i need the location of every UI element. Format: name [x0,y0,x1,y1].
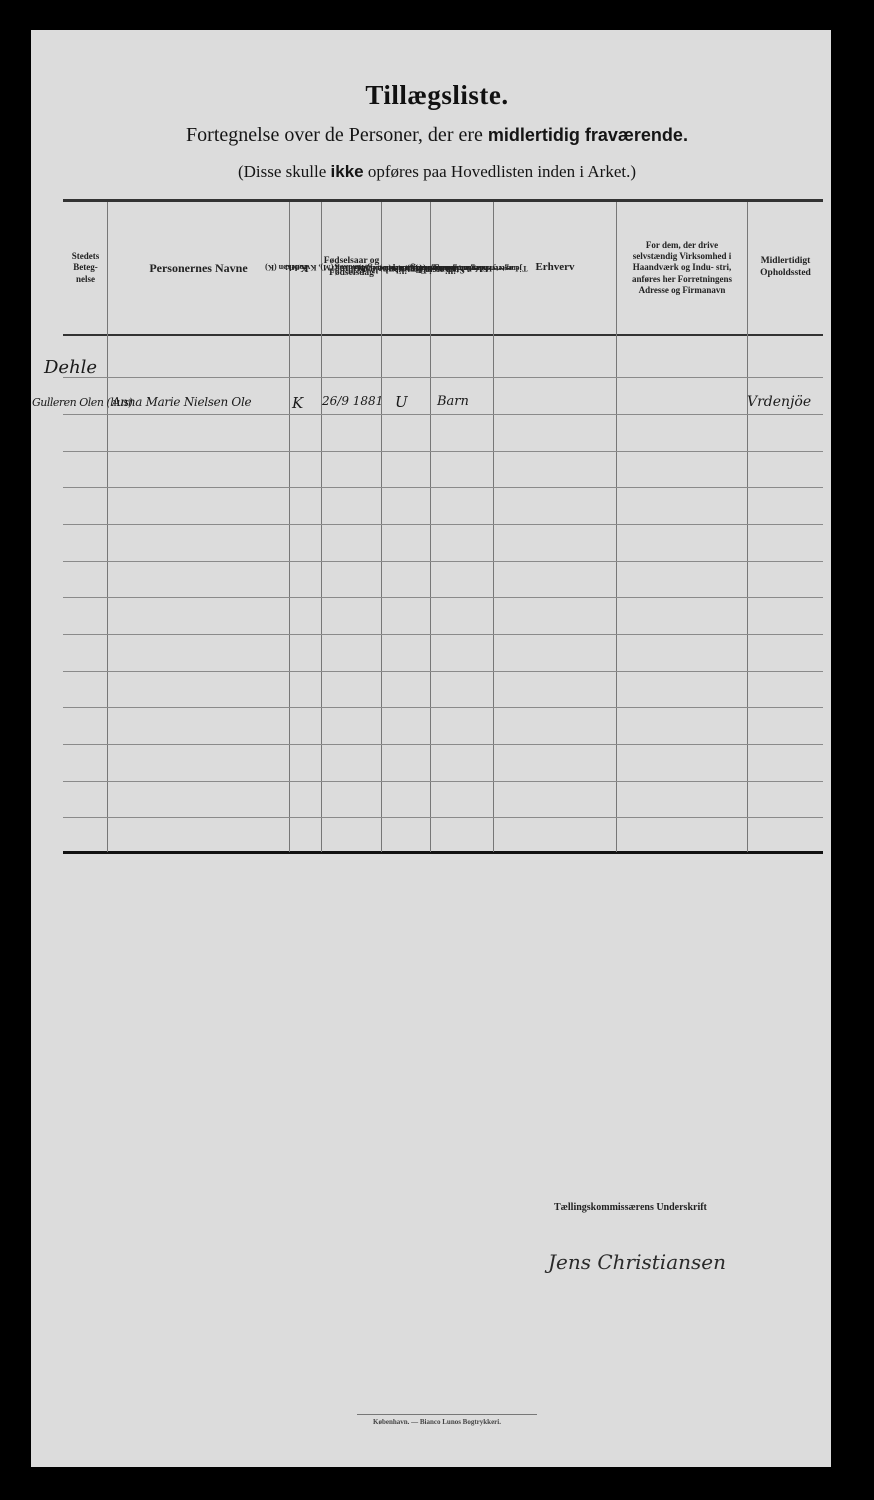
row-line [63,524,823,525]
signature-name: Jens Christiansen [548,1250,726,1274]
table-bottom-rule [63,851,823,854]
row-line [63,744,823,745]
cell-residence-row2: Vrdenjöe [747,394,811,410]
row-line [63,671,823,672]
row-line [63,414,823,415]
form-subtitle: Fortegnelse over de Personer, der ere mi… [0,124,874,147]
header-temp-residence: Midlertidigt Opholdssted [748,202,823,334]
row-line [63,707,823,708]
row-line [63,451,823,452]
header-occupation: Erhverv [494,202,616,334]
row-line [63,817,823,818]
cell-marital-row2: U [395,393,408,411]
printer-imprint: København. — Bianco Lunos Bogtrykkeri. [0,1418,874,1426]
header-family: Stilling i Familien:Husfader, Husmoder, … [431,202,493,334]
signature-label: Tællingskommissærens Underskrift [554,1202,707,1213]
header-bottom-rule [63,334,823,336]
cell-name-row2: Anna Marie Nielsen Ole [112,395,251,409]
printer-rule [357,1414,537,1415]
header-business: For dem, der drive selvstændig Virksomhe… [617,202,747,334]
row-line [63,377,823,378]
row-line [63,597,823,598]
form-title: Tillægsliste. [0,80,874,111]
cell-birth-row2: 26/9 1881 [322,394,383,408]
header-sex: Køn:Mandkøn (M), Kvindekøn (K) [290,202,321,334]
form-note: (Disse skulle ikke opføres paa Hovedlist… [0,162,874,182]
cell-sex-row2: K [292,394,303,412]
cell-family-row2: Barn [437,394,469,409]
row-line [63,487,823,488]
row-line [63,634,823,635]
header-place: Stedets Beteg- nelse [64,202,107,334]
row-line [63,781,823,782]
row-line [63,561,823,562]
cell-place-row1: Dehle [44,357,97,378]
